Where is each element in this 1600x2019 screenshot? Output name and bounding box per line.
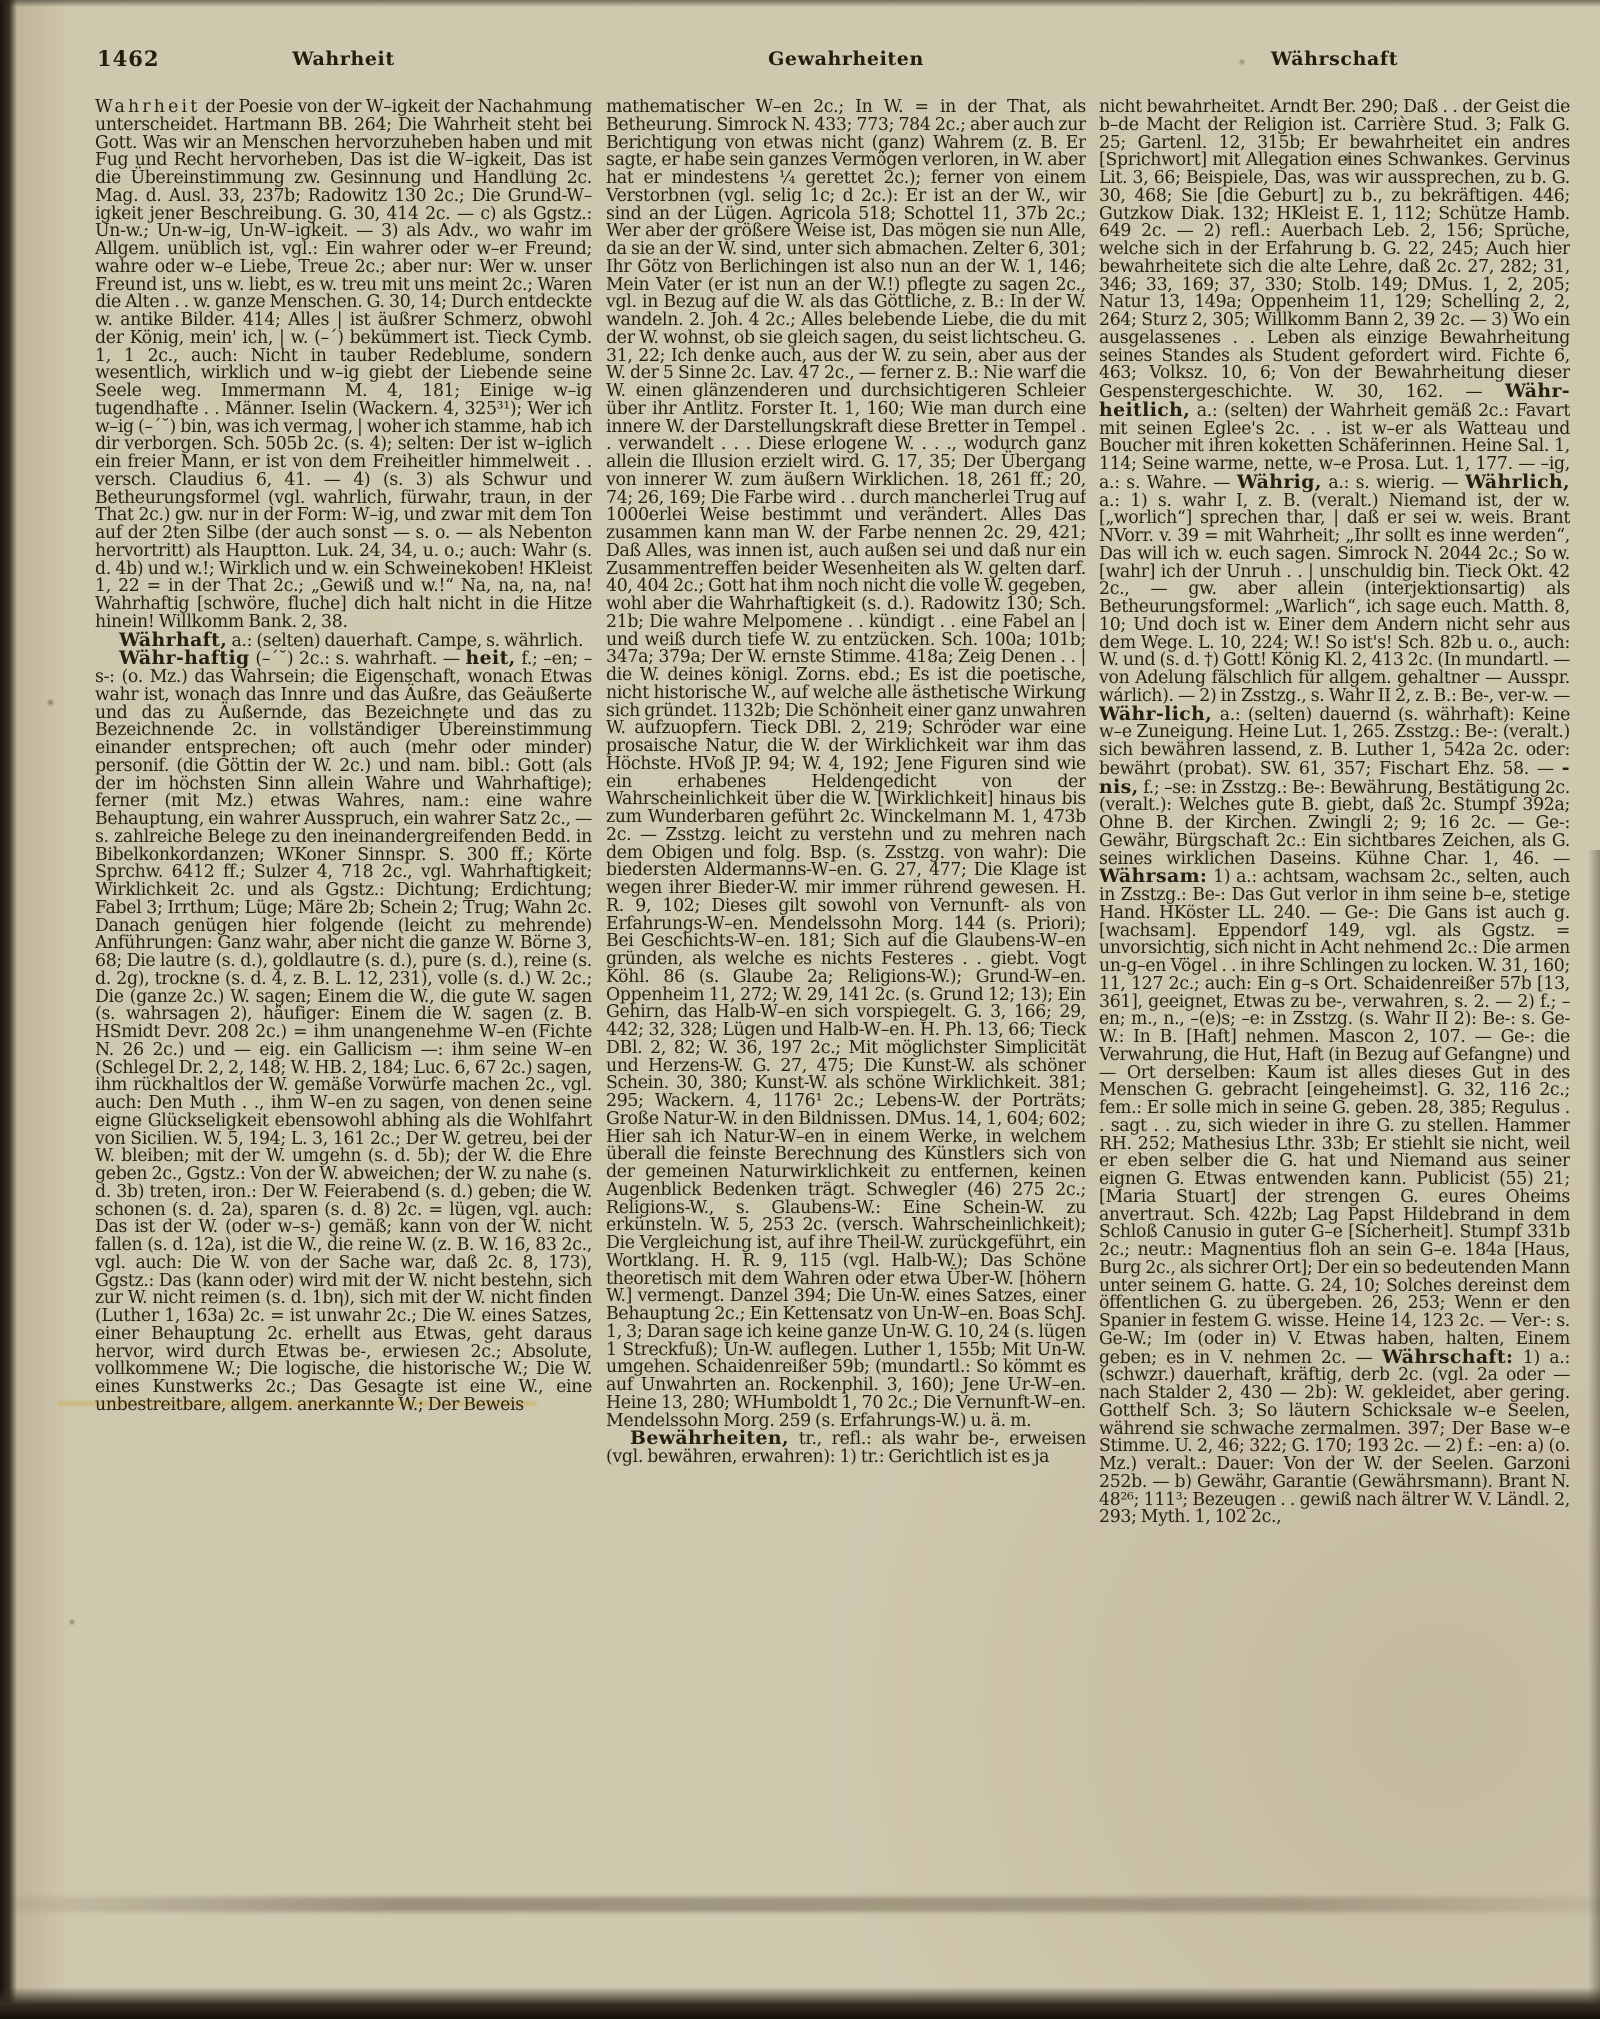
headword: Währsam: bbox=[1099, 865, 1207, 887]
text-segment: f.; –en; –s-: (o. Mz.) das Wahrsein; die… bbox=[95, 649, 592, 1415]
text-segment: a.: 1) s. wahr I, z. B. (veralt.) Nieman… bbox=[1099, 491, 1570, 706]
running-head-gewahrheiten: Gewahrheiten bbox=[606, 48, 1086, 70]
scan-edge-right bbox=[1588, 850, 1600, 2019]
headword: heit, bbox=[466, 647, 516, 669]
text-segment: 1) a.: (schwzr.) dauerhaft, kräftig, der… bbox=[1099, 1348, 1570, 1528]
headword: Währ-haftig bbox=[119, 647, 250, 669]
scan-edge-left bbox=[0, 0, 17, 2019]
dictionary-page-scan: { "page": { "number": "1462", "running_h… bbox=[0, 0, 1600, 2019]
running-head-wahrheit: Wahrheit bbox=[95, 48, 592, 70]
dictionary-paragraph: Wahrheit der Poesie von der W–igkeit der… bbox=[95, 99, 592, 632]
text-segment: nicht bewahrheitet. Arndt Ber. 290; Daß … bbox=[1099, 99, 1570, 402]
text-segment: mathematischer W–en 2c.; In W. = in der … bbox=[606, 99, 1086, 1431]
text-column-middle: mathematischer W–en 2c.; In W. = in der … bbox=[606, 99, 1086, 1915]
scan-edge-bottom bbox=[0, 1987, 1600, 2019]
running-head-waehrschaft: Währschaft bbox=[1099, 48, 1570, 70]
text-column-right: nicht bewahrheitet. Arndt Ber. 290; Daß … bbox=[1099, 99, 1570, 1915]
text-segment: 1) a.: achtsam, wachsam 2c., selten, auc… bbox=[1099, 867, 1570, 1367]
scan-edge-top bbox=[0, 0, 1600, 7]
scan-speck bbox=[48, 700, 53, 705]
headword: Währlich, bbox=[1465, 471, 1570, 493]
scan-speck bbox=[70, 1620, 74, 1624]
dictionary-paragraph: Bewährheiten, tr., refl.: als wahr be-, … bbox=[606, 1430, 1086, 1467]
dictionary-paragraph: nicht bewahrheitet. Arndt Ber. 290; Daß … bbox=[1099, 99, 1570, 1527]
headword: Währschaft: bbox=[1382, 1346, 1514, 1368]
text-segment: a.: (selten) dauerhaft. Campe, s. währli… bbox=[227, 631, 583, 651]
text-segment: f.; –se: in Zsstzg.: Be-: Bewährung, Bes… bbox=[1099, 778, 1570, 869]
dictionary-paragraph: mathematischer W–en 2c.; In W. = in der … bbox=[606, 99, 1086, 1430]
headword: Bewährheiten, bbox=[630, 1427, 789, 1449]
text-segment: der Poesie von der W–igkeit der Nachahmu… bbox=[95, 99, 592, 632]
headword: Währ-lich, bbox=[1099, 703, 1212, 725]
text-column-left: Wahrheit der Poesie von der W–igkeit der… bbox=[95, 99, 592, 1915]
dictionary-paragraph: Währ-haftig (–´˘) 2c.: s. wahrhaft. — he… bbox=[95, 650, 592, 1414]
headword: Währig, bbox=[1237, 471, 1322, 493]
